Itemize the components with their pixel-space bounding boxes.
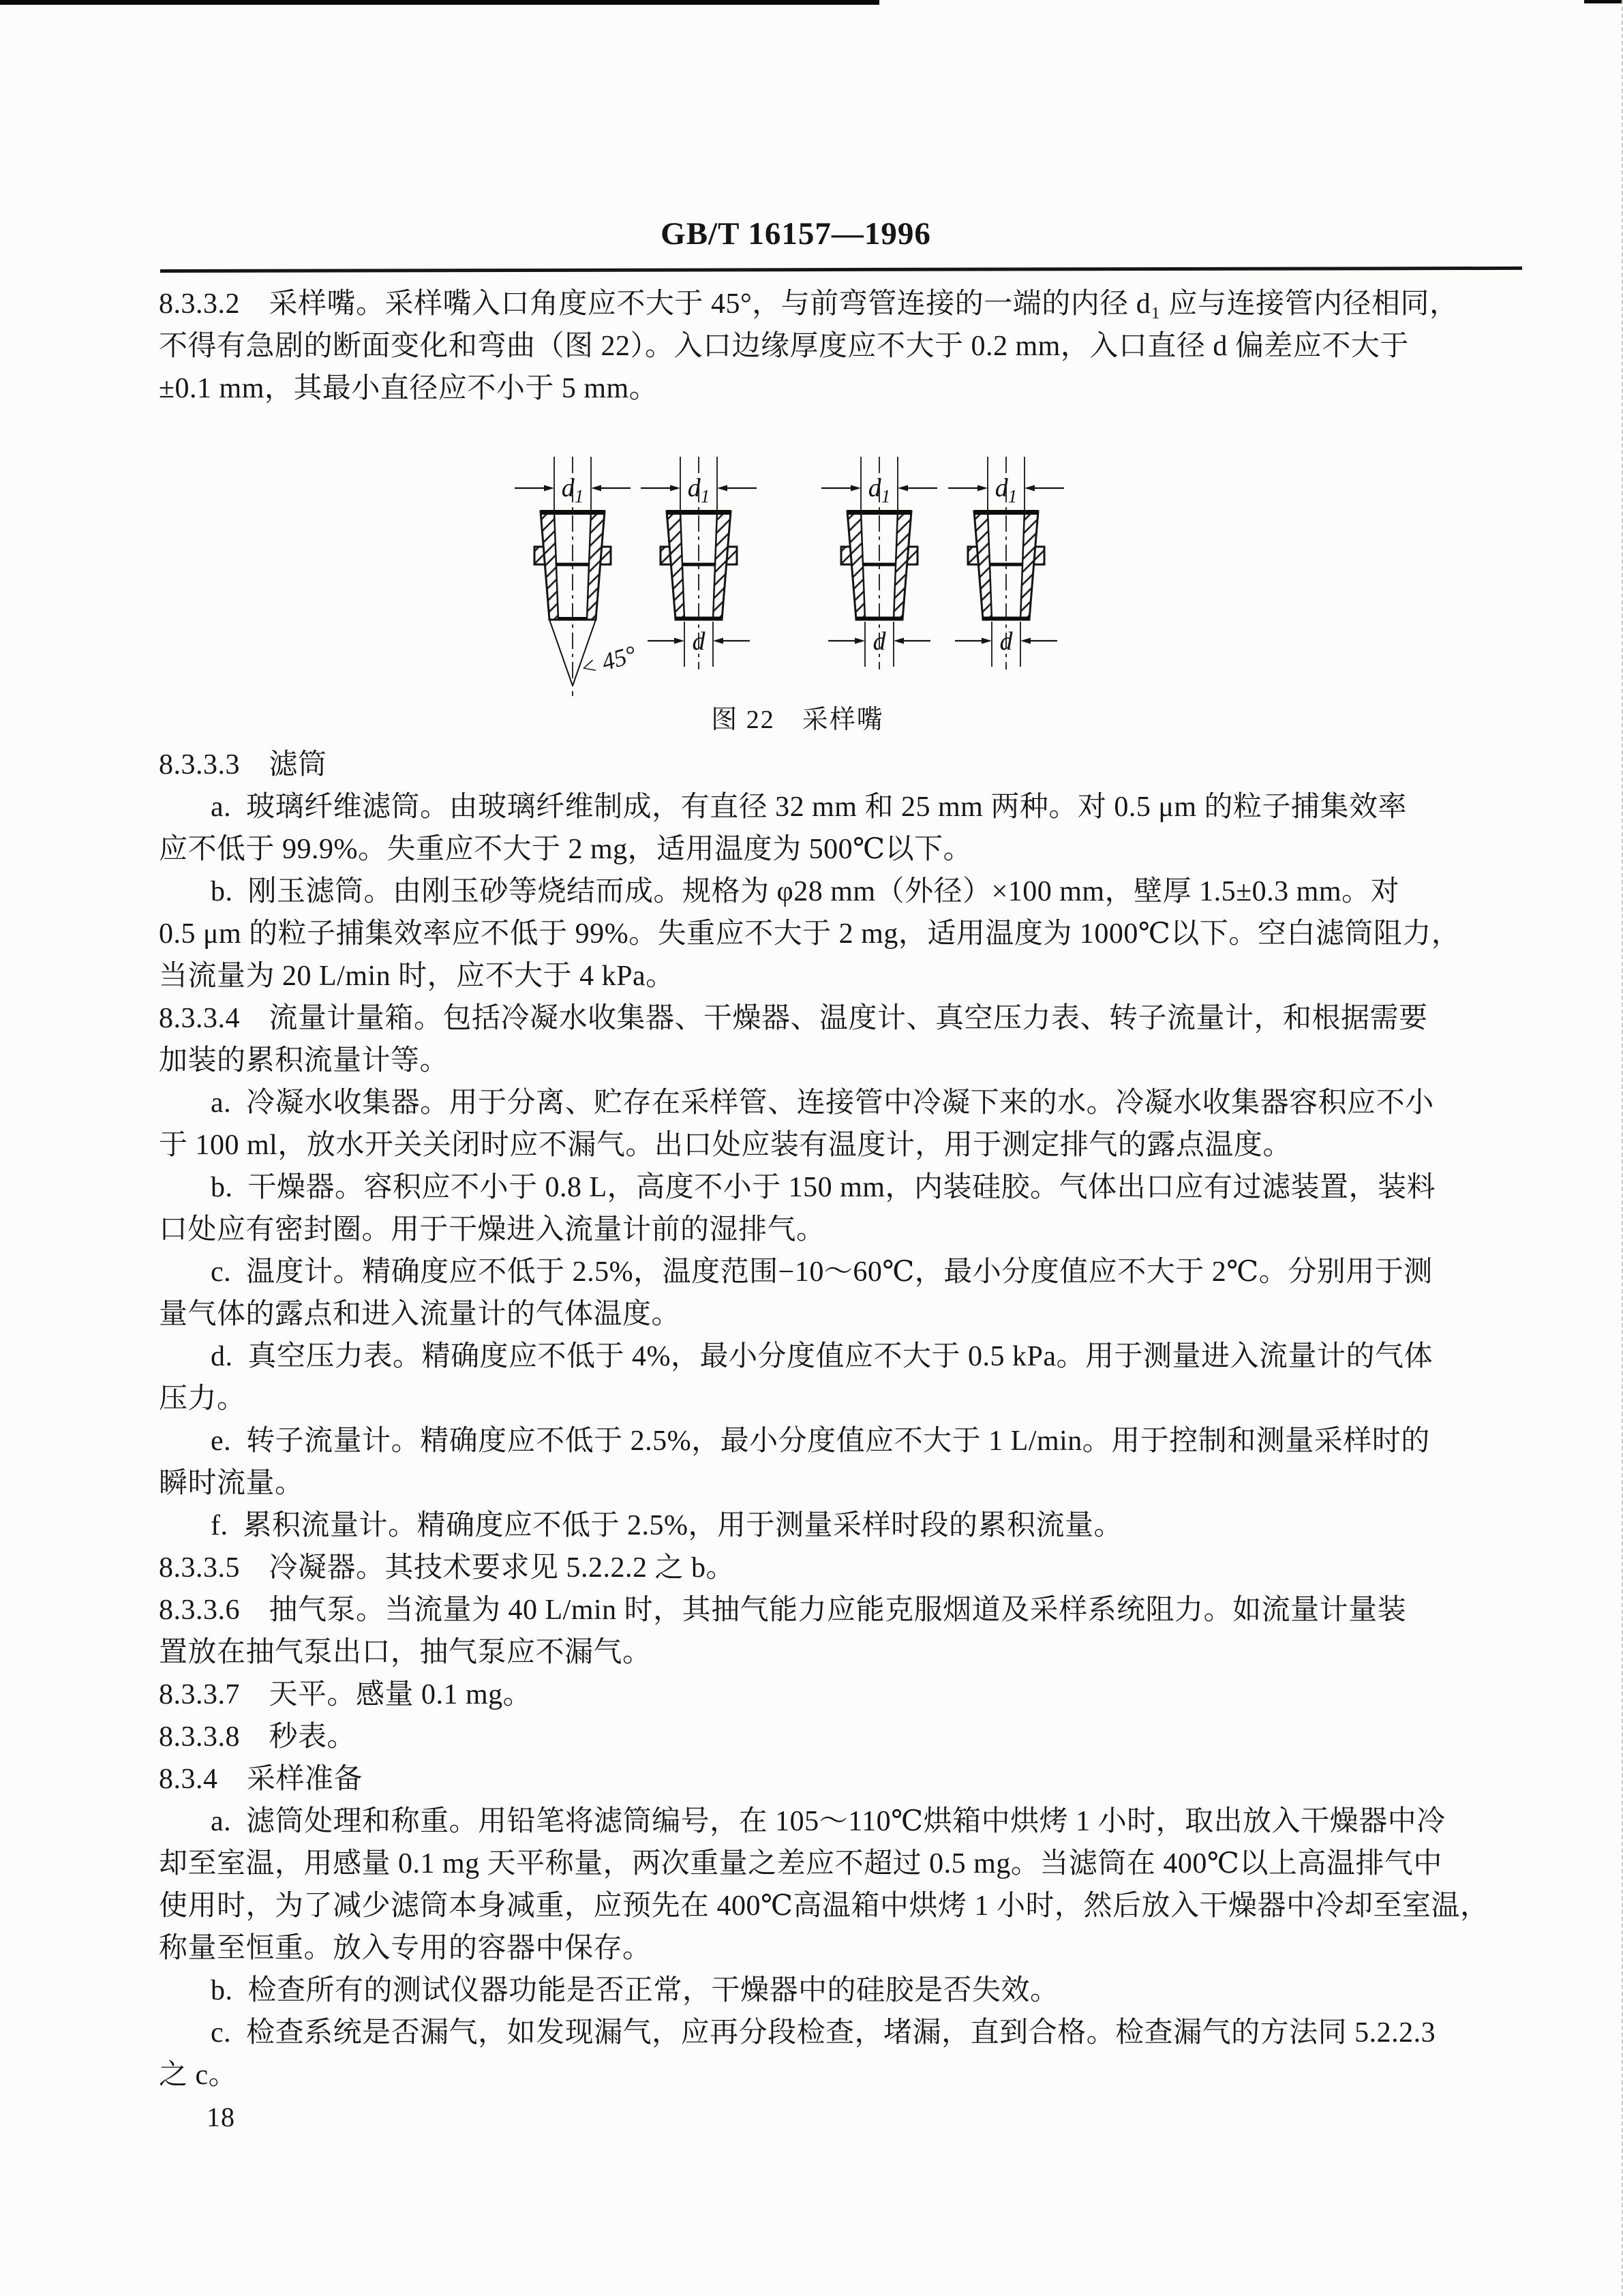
text-line: 8.3.3.8 秒表。 — [159, 1716, 1436, 1758]
document-page: GB/T 16157—1996 8.3.3.2 采样嘴。采样嘴入口角度应不大于 … — [0, 0, 1623, 2296]
text-line: 于 100 ml，放水开关关闭时应不漏气。出口处应装有温度计，用于测定排气的露点… — [159, 1124, 1436, 1166]
text-line: b. 刚玉滤筒。由刚玉砂等烧结而成。规格为 φ28 mm（外径）×100 mm，… — [159, 871, 1436, 913]
text-line: 8.3.3.7 天平。感量 0.1 mg。 — [159, 1674, 1436, 1716]
text-line: ±0.1 mm，其最小直径应不小于 5 mm。 — [159, 367, 1436, 410]
text-line: 却至室温，用感量 0.1 mg 天平称量，两次重量之差应不超过 0.5 mg。当… — [159, 1843, 1436, 1885]
text-line: e. 转子流量计。精确度应不低于 2.5%，最小分度值应不大于 1 L/min。… — [159, 1420, 1436, 1462]
figure-22: d1 < 45° d1 d d1 d d1 d — [159, 410, 1436, 696]
text-line: b. 检查所有的测试仪器功能是否正常，干燥器中的硅胶是否失效。 — [159, 1969, 1436, 2012]
nozzle-drawing-1-pointed: d1 < 45° — [515, 457, 639, 696]
text-line: c. 检查系统是否漏气，如发现漏气，应再分段检查，堵漏，直到合格。检查漏气的方法… — [159, 2012, 1436, 2054]
text-line: b. 干燥器。容积应不小于 0.8 L，高度不小于 150 mm，内装硅胶。气体… — [159, 1166, 1436, 1209]
text-line: 8.3.3.3 滤筒 — [159, 744, 1436, 786]
nozzle-drawing-2-flat: d1 d — [641, 457, 757, 669]
scan-artifact-top-right — [1584, 0, 1622, 3]
text-line: 8.3.3.5 冷凝器。其技术要求见 5.2.2.2 之 b。 — [159, 1547, 1436, 1589]
text-line: 置放在抽气泵出口，抽气泵应不漏气。 — [159, 1631, 1436, 1674]
standard-number-header: GB/T 16157—1996 — [0, 215, 1607, 252]
text-line: f. 累积流量计。精确度应不低于 2.5%，用于测量采样时段的累积流量。 — [159, 1505, 1436, 1547]
text-line: 不得有急剧的断面变化和弯曲（图 22）。入口边缘厚度应不大于 0.2 mm，入口… — [159, 325, 1436, 367]
text-line: 称量至恒重。放入专用的容器中保存。 — [159, 1927, 1436, 1969]
text-line: a. 冷凝水收集器。用于分离、贮存在采样管、连接管中冷凝下来的水。冷凝水收集器容… — [159, 1082, 1436, 1124]
text-line: 应不低于 99.9%。失重应不大于 2 mg，适用温度为 500℃以下。 — [159, 828, 1436, 871]
scan-artifact-top-left — [0, 0, 879, 5]
dimension-label-d1: d1 — [995, 474, 1018, 507]
text-line: 8.3.3.4 流量计量箱。包括冷凝水收集器、干燥器、温度计、真空压力表、转子流… — [159, 997, 1436, 1040]
text-line: 8.3.4 采样准备 — [159, 1758, 1436, 1800]
dimension-label-d1: d1 — [688, 474, 710, 507]
text-line: 8.3.3.6 抽气泵。当流量为 40 L/min 时，其抽气能力应能克服烟道及… — [159, 1589, 1436, 1631]
paragraph-sampling-nozzle: 8.3.3.2 采样嘴。采样嘴入口角度应不大于 45°，与前弯管连接的一端的内径… — [159, 283, 1436, 410]
header-rule — [160, 267, 1522, 273]
text-line: 压力。 — [159, 1378, 1436, 1420]
text-line: a. 滤筒处理和称重。用铅笔将滤筒编号，在 105～110℃烘箱中烘烤 1 小时… — [159, 1800, 1436, 1843]
dimension-label-d1: d1 — [868, 474, 891, 507]
dimension-label-d1: d1 — [562, 474, 584, 507]
nozzle-drawing-3-flat: d1 d — [821, 457, 937, 669]
body-text: 8.3.3.2 采样嘴。采样嘴入口角度应不大于 45°，与前弯管连接的一端的内径… — [159, 283, 1436, 2139]
paragraphs-equipment-and-preparation: 8.3.3.3 滤筒a. 玻璃纤维滤筒。由玻璃纤维制成，有直径 32 mm 和 … — [159, 744, 1436, 2096]
figure-caption: 图 22 采样嘴 — [159, 696, 1436, 744]
text-line: 当流量为 20 L/min 时，应不大于 4 kPa。 — [159, 955, 1436, 997]
text-line: d. 真空压力表。精确度应不低于 4%，最小分度值应不大于 0.5 kPa。用于… — [159, 1335, 1436, 1378]
text-line: 瞬时流量。 — [159, 1462, 1436, 1505]
dimension-label-d: d — [693, 627, 706, 656]
text-line: a. 玻璃纤维滤筒。由玻璃纤维制成，有直径 32 mm 和 25 mm 两种。对… — [159, 786, 1436, 828]
page-number: 18 — [159, 2096, 1436, 2139]
text-line: 0.5 μm 的粒子捕集效率应不低于 99%。失重应不大于 2 mg，适用温度为… — [159, 913, 1436, 955]
text-line: 量气体的露点和进入流量计的气体温度。 — [159, 1293, 1436, 1335]
dimension-label-d: d — [873, 627, 887, 656]
text-line: 口处应有密封圈。用于干燥进入流量计前的湿排气。 — [159, 1209, 1436, 1251]
dimension-label-d: d — [1000, 627, 1014, 656]
nozzle-drawing-4-flat: d1 d — [948, 457, 1064, 669]
text-line: c. 温度计。精确度应不低于 2.5%，温度范围−10～60℃，最小分度值应不大… — [159, 1251, 1436, 1293]
text-line: 使用时，为了减少滤筒本身减重，应预先在 400℃高温箱中烘烤 1 小时，然后放入… — [159, 1885, 1436, 1927]
text-line: 8.3.3.2 采样嘴。采样嘴入口角度应不大于 45°，与前弯管连接的一端的内径… — [159, 283, 1436, 325]
nozzle-cross-section-drawing: d1 < 45° d1 d d1 d d1 d — [159, 410, 1436, 696]
text-line: 之 c。 — [159, 2054, 1436, 2096]
text-line: 加装的累积流量计等。 — [159, 1040, 1436, 1082]
